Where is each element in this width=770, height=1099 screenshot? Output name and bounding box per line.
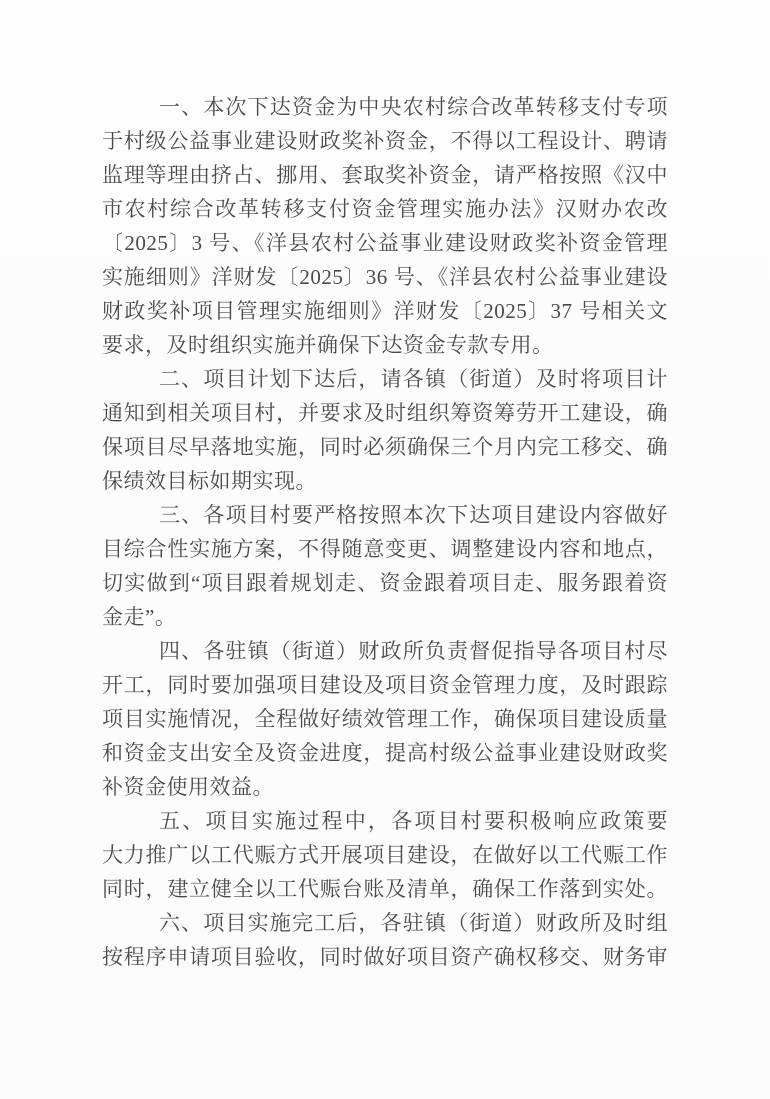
- paragraph-1: 一、本次下达资金为中央农村综合改革转移支付专项用于村级公益事业建设财政奖补资金，…: [102, 90, 668, 362]
- text-line: 于村级公益事业建设财政奖补资金，不得以工程设计、聘请: [102, 124, 668, 158]
- text-line: 按程序申请项目验收，同时做好项目资产确权移交、财务审: [102, 940, 668, 974]
- text-line: 一、本次下达资金为中央农村综合改革转移支付专项用: [102, 90, 668, 124]
- text-line: 要求，及时组织实施并确保下达资金专款专用。: [102, 328, 668, 362]
- text-line: 财政奖补项目管理实施细则》洋财发〔2025〕37 号相关文件: [102, 294, 668, 328]
- text-line: 三、各项目村要严格按照本次下达项目建设内容做好项: [102, 498, 668, 532]
- text-line: 目综合性实施方案，不得随意变更、调整建设内容和地点，: [102, 532, 668, 566]
- text-line: 同时，建立健全以工代赈台账及清单，确保工作落到实处。: [102, 872, 668, 906]
- paragraph-3: 三、各项目村要严格按照本次下达项目建设内容做好项目综合性实施方案，不得随意变更、…: [102, 498, 668, 634]
- paragraph-6: 六、项目实施完工后，各驻镇（街道）财政所及时组织按程序申请项目验收，同时做好项目…: [102, 906, 668, 974]
- text-line: 四、各驻镇（街道）财政所负责督促指导各项目村尽早: [102, 634, 668, 668]
- text-line: 和资金支出安全及资金进度，提高村级公益事业建设财政奖: [102, 736, 668, 770]
- text-line: 保绩效目标如期实现。: [102, 464, 668, 498]
- text-line: 五、项目实施过程中，各项目村要积极响应政策要求，: [102, 804, 668, 838]
- paragraph-4: 四、各驻镇（街道）财政所负责督促指导各项目村尽早开工，同时要加强项目建设及项目资…: [102, 634, 668, 804]
- text-line: 补资金使用效益。: [102, 770, 668, 804]
- text-line: 金走”。: [102, 600, 668, 634]
- text-line: 项目实施情况，全程做好绩效管理工作，确保项目建设质量: [102, 702, 668, 736]
- text-line: 二、项目计划下达后，请各镇（街道）及时将项目计划: [102, 362, 668, 396]
- text-line: 六、项目实施完工后，各驻镇（街道）财政所及时组织: [102, 906, 668, 940]
- paragraph-2: 二、项目计划下达后，请各镇（街道）及时将项目计划通知到相关项目村，并要求及时组织…: [102, 362, 668, 498]
- text-line: 实施细则》洋财发〔2025〕36 号、《洋县农村公益事业建设: [102, 260, 668, 294]
- paragraph-5: 五、项目实施过程中，各项目村要积极响应政策要求，大力推广以工代赈方式开展项目建设…: [102, 804, 668, 906]
- text-line: 大力推广以工代赈方式开展项目建设，在做好以工代赈工作: [102, 838, 668, 872]
- text-line: 监理等理由挤占、挪用、套取奖补资金，请严格按照《汉中: [102, 158, 668, 192]
- text-line: 开工，同时要加强项目建设及项目资金管理力度，及时跟踪: [102, 668, 668, 702]
- text-line: 通知到相关项目村，并要求及时组织筹资筹劳开工建设，确: [102, 396, 668, 430]
- document-body: 一、本次下达资金为中央农村综合改革转移支付专项用于村级公益事业建设财政奖补资金，…: [102, 90, 668, 974]
- text-line: 保项目尽早落地实施，同时必须确保三个月内完工移交、确: [102, 430, 668, 464]
- text-line: 〔2025〕3 号、《洋县农村公益事业建设财政奖补资金管理: [102, 226, 668, 260]
- text-line: 市农村综合改革转移支付资金管理实施办法》汉财办农改: [102, 192, 668, 226]
- document-page: 一、本次下达资金为中央农村综合改革转移支付专项用于村级公益事业建设财政奖补资金，…: [0, 0, 770, 1099]
- text-line: 切实做到“项目跟着规划走、资金跟着项目走、服务跟着资: [102, 566, 668, 600]
